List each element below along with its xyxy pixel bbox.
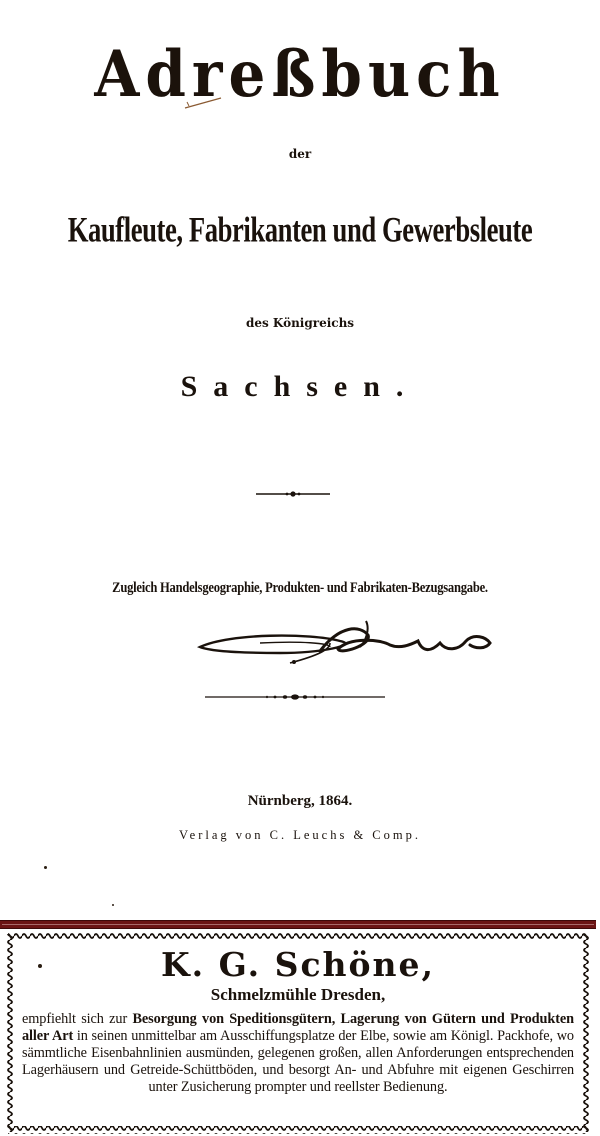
preposition-line: des Königreichs <box>0 316 600 330</box>
advertiser-name: K. G. Schöne, <box>16 947 580 983</box>
subtitle: Kaufleute, Fabrikanten und Gewerbsleute <box>42 209 558 250</box>
publisher-line: Verlag von C. Leuchs & Comp. <box>0 828 600 843</box>
advertiser-location: Schmelzmühle Dresden, <box>16 985 580 1005</box>
ornamental-rule-1 <box>256 488 336 500</box>
pen-annotation-icon <box>183 96 223 110</box>
advertisement-box: K. G. Schöne, Schmelzmühle Dresden, empf… <box>6 932 590 1134</box>
ad-body-text: empfiehlt sich zur <box>22 1011 132 1027</box>
signature-icon <box>190 615 510 675</box>
region-title: Sachsen. <box>0 370 600 404</box>
place-and-year: Nürnberg, 1864. <box>0 793 600 810</box>
book-title: Adreßbuch <box>0 37 600 112</box>
article-der: der <box>0 147 600 161</box>
advertisement-content: K. G. Schöne, Schmelzmühle Dresden, empf… <box>16 940 580 1126</box>
red-divider-band <box>0 920 596 929</box>
ad-body-text: in seinen unmittelbar am Ausschiffungspl… <box>22 1028 574 1095</box>
description-line: Zugleich Handelsgeographie, Produkten- u… <box>48 580 552 597</box>
advertisement-body: empfiehlt sich zur Besorgung von Spediti… <box>16 1011 580 1096</box>
ink-speck <box>44 866 47 869</box>
ornamental-rule-2 <box>205 691 385 703</box>
ink-speck <box>112 904 114 906</box>
